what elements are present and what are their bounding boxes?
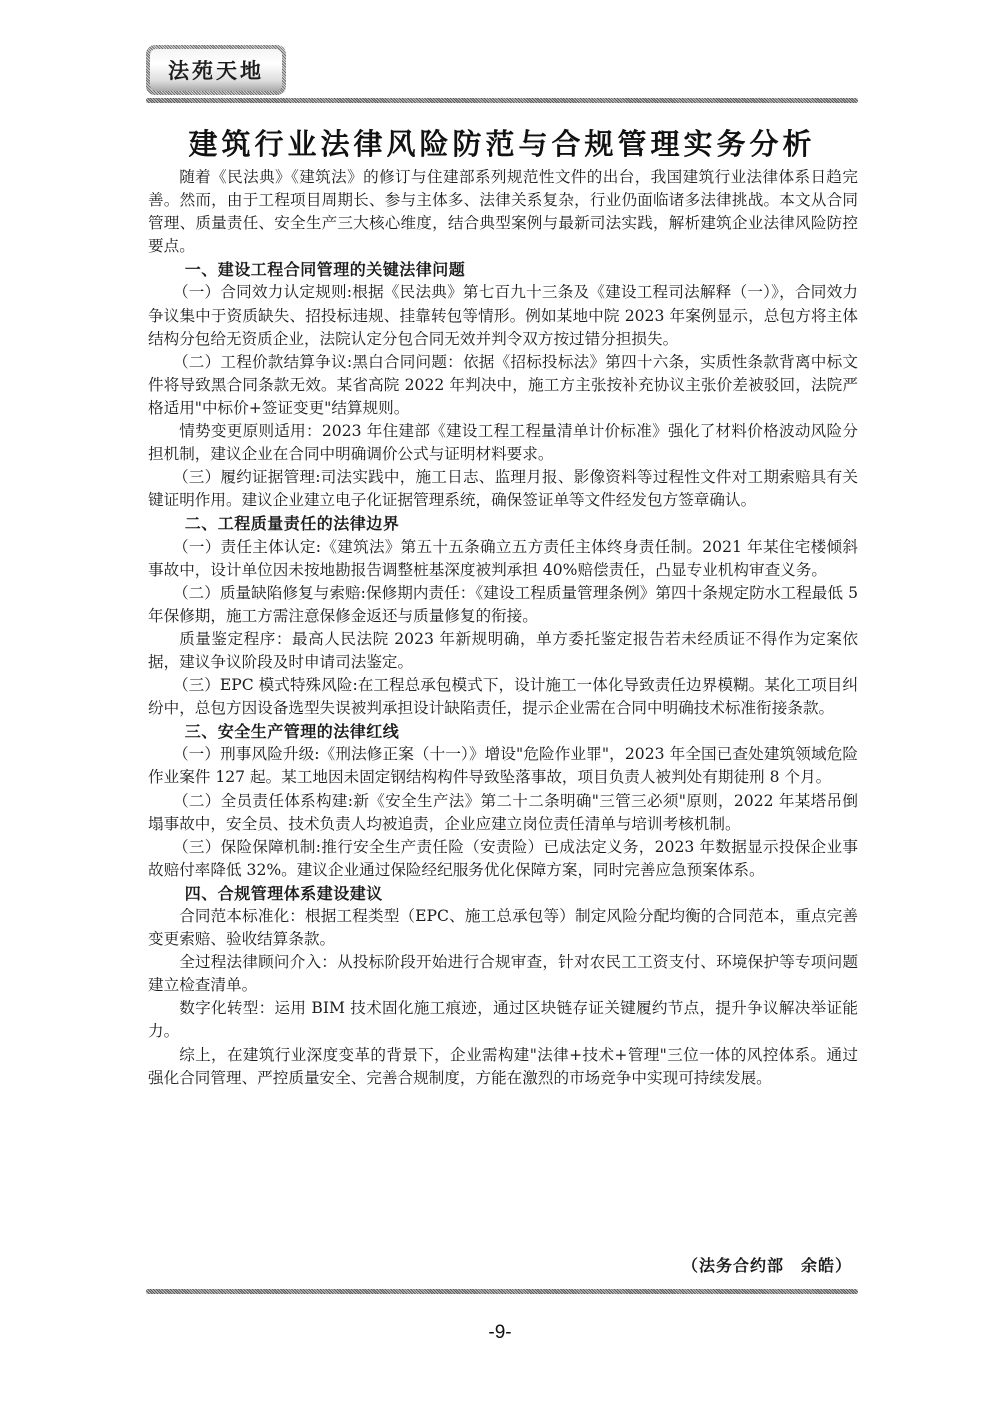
section-heading-1: 一、建设工程合同管理的关键法律问题 bbox=[148, 258, 858, 281]
paragraph: （二）质量缺陷修复与索赔:保修期内责任：《建设工程质量管理条例》第四十条规定防水… bbox=[148, 582, 858, 628]
article-body: 随着《民法典》《建筑法》的修订与住建部系列规范性文件的出台，我国建筑行业法律体系… bbox=[148, 166, 858, 1090]
paragraph: （二）全员责任体系构建:新《安全生产法》第二十二条明确"三管三必须"原则，202… bbox=[148, 790, 858, 836]
paragraph: 数字化转型：运用 BIM 技术固化施工痕迹，通过区块链存证关键履约节点，提升争议… bbox=[148, 997, 858, 1043]
paragraph: （一）合同效力认定规则:根据《民法典》第七百九十三条及《建设工程司法解释（一）》… bbox=[148, 281, 858, 350]
section-heading-2: 二、工程质量责任的法律边界 bbox=[148, 512, 858, 535]
paragraph: （一）责任主体认定:《建筑法》第五十五条确立五方责任主体终身责任制。2021 年… bbox=[148, 536, 858, 582]
section-heading-3: 三、安全生产管理的法律红线 bbox=[148, 720, 858, 743]
section-heading-4: 四、合规管理体系建设建议 bbox=[148, 882, 858, 905]
header-divider bbox=[146, 98, 858, 103]
paragraph: （三）EPC 模式特殊风险:在工程总承包模式下，设计施工一体化导致责任边界模糊。… bbox=[148, 674, 858, 720]
intro-paragraph: 随着《民法典》《建筑法》的修订与住建部系列规范性文件的出台，我国建筑行业法律体系… bbox=[148, 166, 858, 258]
section-label: 法苑天地 bbox=[150, 49, 282, 91]
footer-divider bbox=[146, 1289, 858, 1294]
paragraph: （二）工程价款结算争议:黑白合同问题：依据《招标投标法》第四十六条，实质性条款背… bbox=[148, 351, 858, 420]
paragraph: （三）履约证据管理:司法实践中，施工日志、监理月报、影像资料等过程性文件对工期索… bbox=[148, 466, 858, 512]
page-number: -9- bbox=[0, 1322, 1000, 1344]
conclusion-paragraph: 综上，在建筑行业深度变革的背景下，企业需构建"法律+技术+管理"三位一体的风控体… bbox=[148, 1044, 858, 1090]
paragraph: 质量鉴定程序：最高人民法院 2023 年新规明确，单方委托鉴定报告若未经质证不得… bbox=[148, 628, 858, 674]
paragraph: 全过程法律顾问介入：从投标阶段开始进行合规审查，针对农民工工资支付、环境保护等专… bbox=[148, 951, 858, 997]
section-tab: 法苑天地 bbox=[146, 45, 286, 95]
paragraph: 合同范本标准化：根据工程类型（EPC、施工总承包等）制定风险分配均衡的合同范本，… bbox=[148, 905, 858, 951]
paragraph: 情势变更原则适用：2023 年住建部《建设工程工程量清单计价标准》强化了材料价格… bbox=[148, 420, 858, 466]
paragraph: （三）保险保障机制:推行安全生产责任险（安责险）已成法定义务，2023 年数据显… bbox=[148, 836, 858, 882]
author-signature: （法务合约部 余皓） bbox=[682, 1253, 852, 1276]
article-title: 建筑行业法律风险防范与合规管理实务分析 bbox=[146, 122, 858, 163]
paragraph: （一）刑事风险升级:《刑法修正案（十一）》增设"危险作业罪"，2023 年全国已… bbox=[148, 743, 858, 789]
